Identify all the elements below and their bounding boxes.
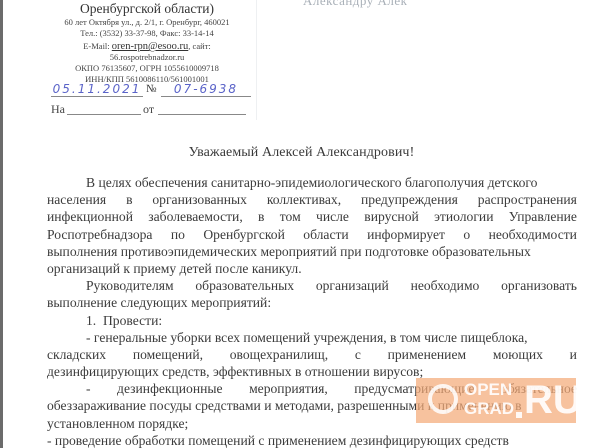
letterhead-phone: Тел.: (3532) 33-37-98, Факс: 33-14-14 — [47, 29, 247, 40]
body-word: выполнение следующих мероприятий: — [47, 294, 271, 311]
watermark-open: OPEN — [464, 381, 512, 398]
body-word: информирует — [367, 226, 445, 243]
body-word: В целях обеспечения санитарно-эпидемиоло… — [86, 174, 537, 191]
body-line: выполнение следующих мероприятий: — [47, 294, 577, 311]
body-word: Роспотребнадзора — [47, 226, 152, 243]
body-word: помещений, — [133, 346, 203, 363]
number-label: № — [146, 83, 157, 95]
body-word: - генеральные уборки всех помещений учре… — [86, 329, 528, 346]
body-line: населенияворганизованныхколлективах,пред… — [47, 191, 577, 208]
body-line: инфекционнойзаболеваемости,втомчислевиру… — [47, 208, 577, 225]
body-word: этиологии — [434, 208, 493, 225]
body-word: 1. Провести: — [86, 312, 162, 329]
body-word: необходимо — [411, 277, 480, 294]
opengrad-watermark: OPEN GRAD RU — [416, 378, 576, 423]
body-word: распространения — [478, 191, 577, 208]
body-line: складскихпомещений,овощехранилищ,спримен… — [47, 346, 577, 363]
letterhead-org-region: Оренбургской области) — [47, 2, 247, 18]
body-word: в — [126, 191, 132, 208]
handwritten-number: 07-6938 — [174, 82, 238, 96]
body-word: инфекционной — [47, 208, 133, 225]
body-line: - генеральные уборки всех помещений учре… — [47, 329, 577, 346]
body-word: вирусной — [364, 208, 419, 225]
body-word: мероприятия, — [249, 380, 328, 397]
body-word: числе — [316, 208, 349, 225]
body-line: - проведение обработки помещений с приме… — [47, 432, 577, 448]
body-word: и — [570, 346, 577, 363]
body-word: образовательных — [195, 277, 294, 294]
site-label: , сайт: — [188, 41, 211, 51]
body-word: установленном порядке; — [47, 415, 188, 432]
body-word: выполнения противоэпидемических мероприя… — [47, 243, 531, 260]
document-page: Александру Алек (Управление Роспотребнад… — [3, 0, 600, 448]
body-line: В целях обеспечения санитарно-эпидемиоло… — [47, 174, 577, 191]
ot-label: от — [143, 102, 154, 117]
reference-line: На от — [51, 102, 251, 118]
body-word: коллективах, — [267, 191, 341, 208]
body-word: в — [258, 208, 264, 225]
body-word: овощехранилищ, — [230, 346, 328, 363]
body-word: дезинфицирующих средств, эффективных в о… — [47, 363, 423, 380]
body-word: применением — [388, 346, 466, 363]
body-word: моющих — [493, 346, 543, 363]
scan-fold-line — [256, 0, 257, 120]
na-blank — [67, 114, 141, 115]
body-word: населения — [47, 191, 106, 208]
body-word: Руководителям — [86, 277, 174, 294]
body-word: организаций — [316, 277, 389, 294]
registration-line: 05.11.2021 № 07-6938 — [51, 80, 251, 100]
letterhead: (Управление Роспотребнадзора по Оренбург… — [47, 0, 247, 86]
number-field: 07-6938 — [161, 80, 251, 97]
body-word: с — [355, 346, 361, 363]
body-line: выполнения противоэпидемических мероприя… — [47, 243, 577, 260]
body-word: заболеваемости, — [148, 208, 242, 225]
salutation: Уважаемый Алексей Александрович! — [3, 145, 600, 161]
body-word: дезинфекционные — [117, 380, 223, 397]
na-label: На — [51, 102, 65, 117]
body-line: 1. Провести: — [47, 312, 577, 329]
body-word: Оренбургской — [203, 226, 285, 243]
handwritten-date: 05.11.2021 — [53, 82, 142, 96]
body-word: организованных — [152, 191, 247, 208]
body-word: предупреждения — [361, 191, 458, 208]
email-link[interactable]: oren-rpn@esoo.ru — [112, 41, 188, 52]
body-word: складских — [47, 346, 106, 363]
body-word: - — [86, 380, 91, 397]
opengrad-logo-icon — [428, 384, 458, 414]
body-word: Управление — [509, 208, 577, 225]
body-line: организаций к приему детей после каникул… — [47, 260, 577, 277]
watermark-dot — [516, 412, 522, 418]
body-line: РоспотребнадзорапоОренбургскойобластиинф… — [47, 226, 577, 243]
body-word: по — [171, 226, 185, 243]
body-word: необходимости — [489, 226, 577, 243]
addressee-fragment: Александру Алек — [303, 0, 407, 9]
body-word: - проведение обработки помещений с приме… — [47, 432, 509, 448]
body-word: о — [463, 226, 470, 243]
body-word: области — [303, 226, 348, 243]
ot-blank — [158, 114, 246, 115]
email-label: E-Mail: — [83, 41, 109, 51]
date-field: 05.11.2021 — [51, 80, 143, 97]
body-word: организаций к приему детей после каникул… — [47, 260, 302, 277]
watermark-grad: GRAD — [464, 400, 514, 417]
body-word: организовать — [501, 277, 577, 294]
body-word: том — [280, 208, 301, 225]
watermark-ru: RU — [524, 380, 582, 420]
body-line: Руководителямобразовательныхорганизацийн… — [47, 277, 577, 294]
